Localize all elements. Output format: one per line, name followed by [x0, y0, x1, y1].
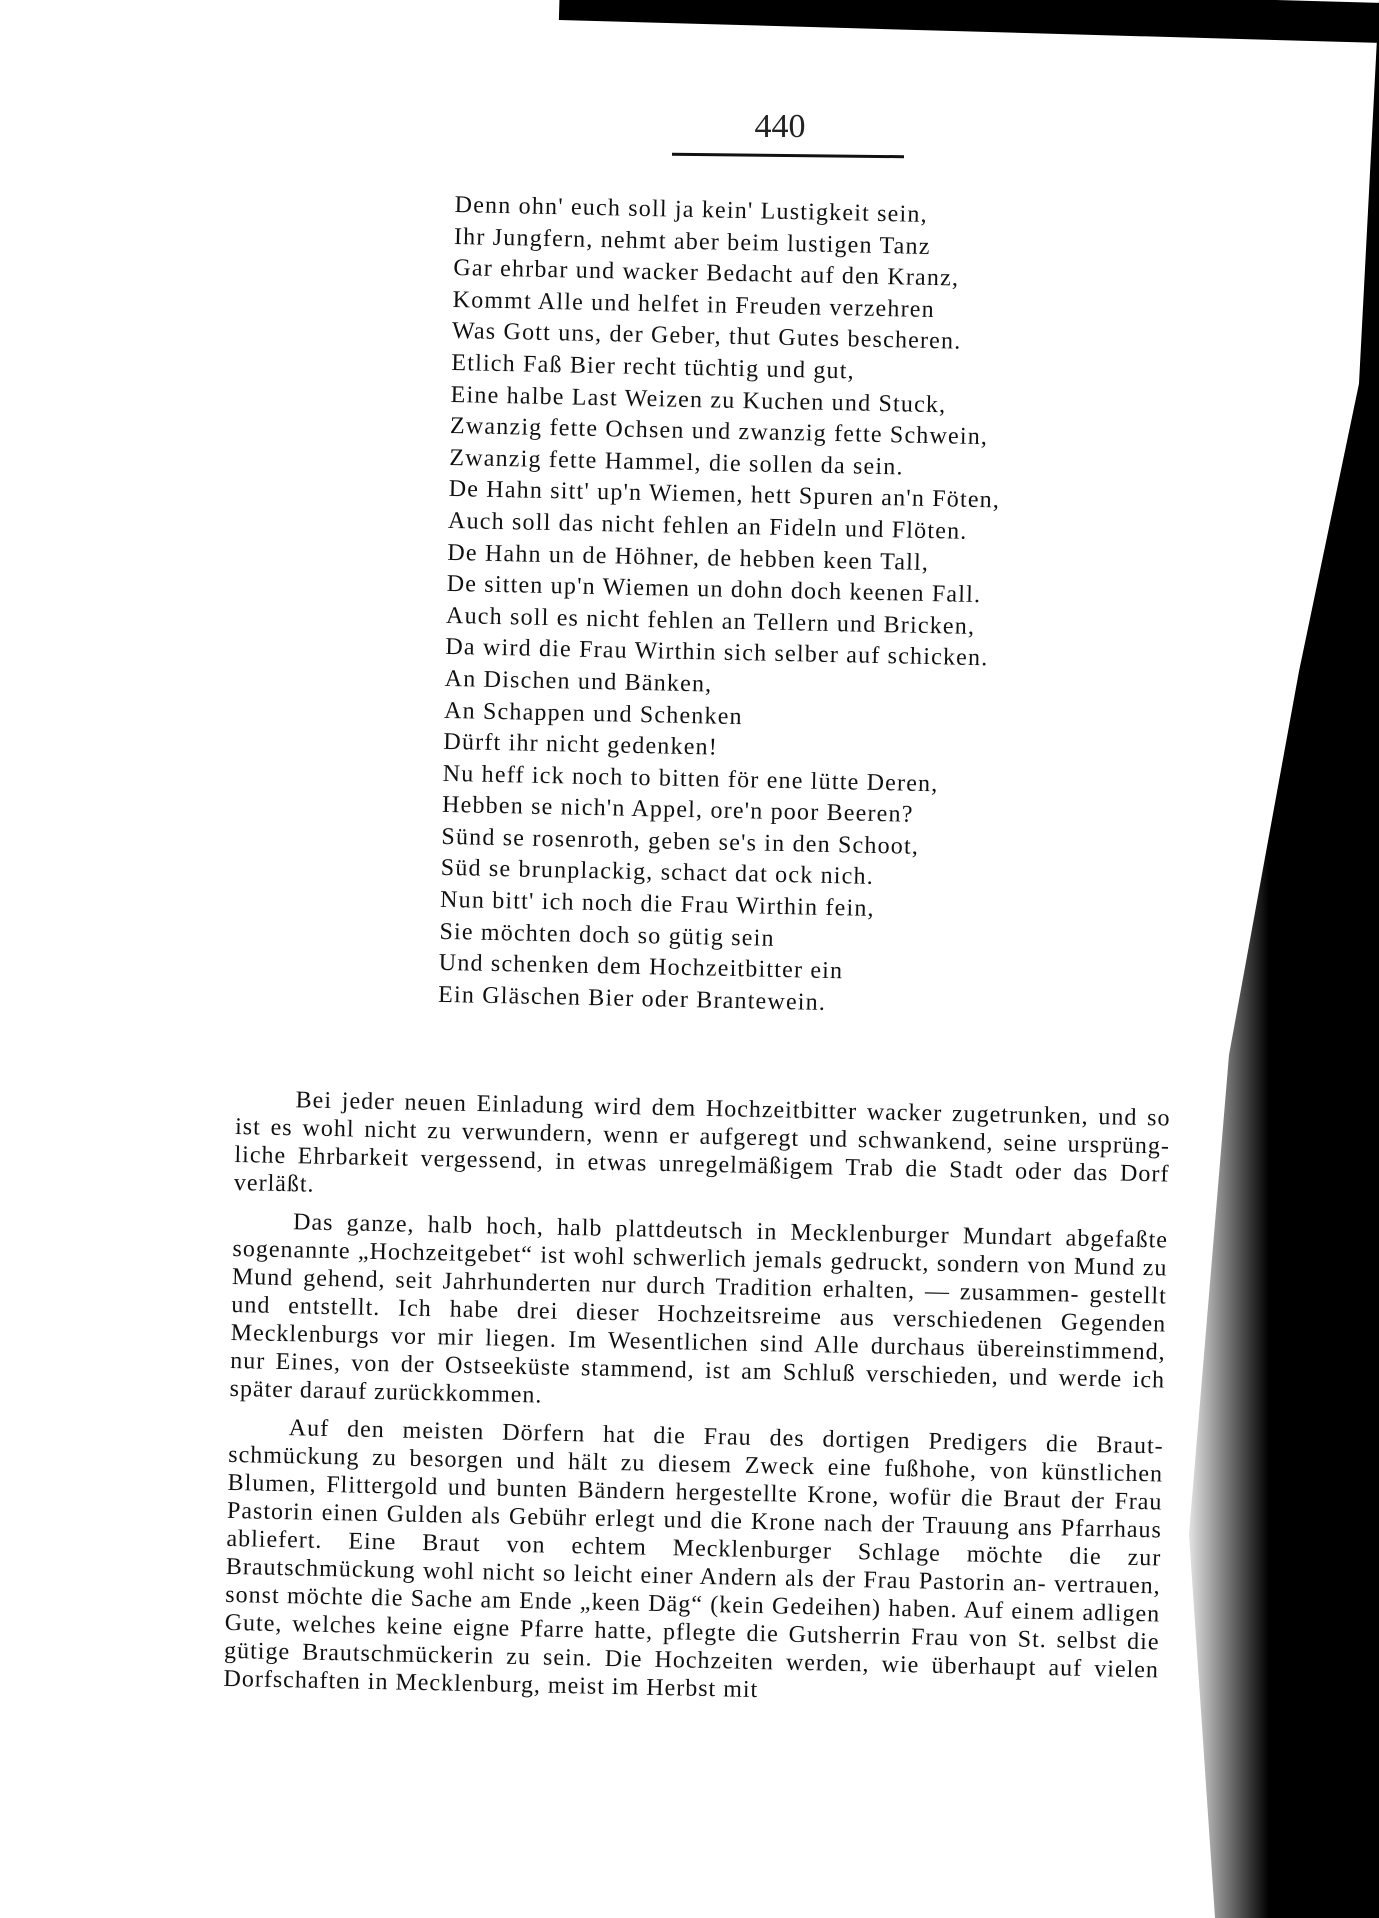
header-rule [672, 153, 904, 158]
paragraph: Bei jeder neuen Einladung wird dem Hochz… [234, 1085, 1171, 1217]
page-number: 440 [750, 108, 810, 146]
paragraph: Auf den meisten Dörfern hat die Frau des… [223, 1413, 1164, 1713]
scan-top-shadow [559, 0, 1379, 45]
scan-edge-shadow [1179, 0, 1379, 1918]
prose-block: Bei jeder neuen Einladung wird dem Hochz… [223, 1085, 1171, 1722]
paragraph: Das ganze, halb hoch, halb plattdeutsch … [229, 1207, 1168, 1423]
poem-block: Denn ohn' euch soll ja kein' Lustigkeit … [438, 190, 1155, 1026]
